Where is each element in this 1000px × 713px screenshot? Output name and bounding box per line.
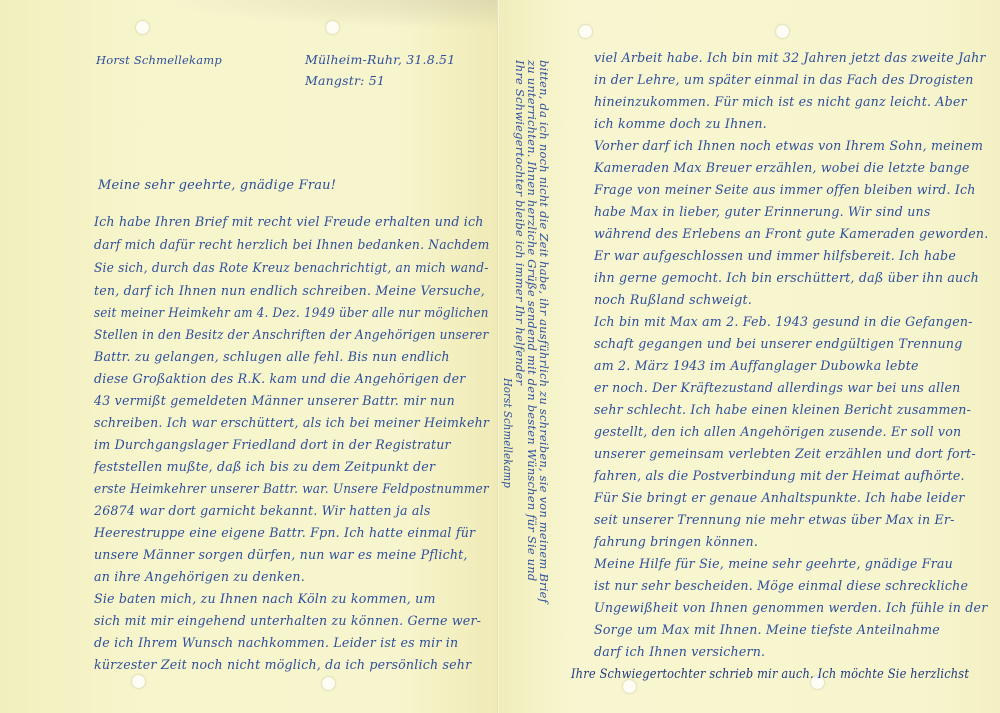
text-line: ihn gerne gemocht. Ich bin erschüttert, … bbox=[594, 271, 979, 285]
text-line: seit meiner Heimkehr am 4. Dez. 1949 übe… bbox=[94, 306, 489, 320]
text-line: an ihre Angehörigen zu denken. bbox=[94, 570, 305, 584]
text-line: schreiben. Ich war erschüttert, als ich … bbox=[94, 416, 489, 430]
margin-text-column: Ihre Schwiegertochter bleibe ich immer I… bbox=[513, 60, 527, 385]
margin-text-column: zu unterrichten. Ihnen herzliche Grüße s… bbox=[525, 60, 539, 581]
text-line: fahren, als die Postverbindung mit der H… bbox=[594, 469, 965, 483]
punch-hole bbox=[322, 677, 335, 690]
text-line: 43 vermißt gemeldeten Männer unserer Bat… bbox=[94, 394, 455, 408]
text-line: Er war aufgeschlossen und immer hilfsber… bbox=[594, 249, 956, 263]
text-line: Sie baten mich, zu Ihnen nach Köln zu ko… bbox=[94, 592, 436, 606]
punch-hole bbox=[579, 25, 592, 38]
text-line: darf mich dafür recht herzlich bei Ihnen… bbox=[94, 238, 489, 252]
text-line: darf ich Ihnen versichern. bbox=[594, 645, 765, 659]
text-line: Ich habe Ihren Brief mit recht viel Freu… bbox=[94, 215, 484, 229]
sender-street: Mangstr: 51 bbox=[305, 73, 385, 88]
text-line: fahrung bringen können. bbox=[594, 535, 758, 549]
text-line: hineinzukommen. Für mich ist es nicht ga… bbox=[594, 95, 967, 109]
text-line: Heerestruppe eine eigene Battr. Fpn. Ich… bbox=[94, 526, 475, 540]
margin-signature: Horst Schmellekamp bbox=[501, 378, 515, 488]
text-line: habe Max in lieber, guter Erinnerung. Wi… bbox=[594, 205, 931, 219]
text-line: schaft gegangen und bei unserer endgülti… bbox=[594, 337, 962, 351]
text-line: ten, darf ich Ihnen nun endlich schreibe… bbox=[94, 284, 485, 298]
text-line: Für Sie bringt er genaue Anhaltspunkte. … bbox=[594, 491, 965, 505]
text-line: ist nur sehr bescheiden. Möge einmal die… bbox=[594, 579, 968, 593]
punch-hole bbox=[326, 21, 339, 34]
text-line: Kameraden Max Breuer erzählen, wobei die… bbox=[594, 161, 970, 175]
text-line: sehr schlecht. Ich habe einen kleinen Be… bbox=[594, 403, 971, 417]
text-line: unserer gemeinsam verlebten Zeit erzähle… bbox=[594, 447, 976, 461]
punch-hole bbox=[132, 675, 145, 688]
text-line: Battr. zu gelangen, schlugen alle fehl. … bbox=[94, 350, 450, 364]
text-line: Meine Hilfe für Sie, meine sehr geehrte,… bbox=[594, 557, 953, 571]
punch-hole bbox=[623, 680, 636, 693]
text-line: unsere Männer sorgen dürfen, nun war es … bbox=[94, 548, 468, 562]
salutation: Meine sehr geehrte, gnädige Frau! bbox=[98, 178, 336, 193]
text-line: Ihre Schwiegertochter schrieb mir auch. … bbox=[571, 667, 969, 681]
text-line: während des Erlebens an Front gute Kamer… bbox=[594, 227, 988, 241]
text-line: noch Rußland schweigt. bbox=[594, 293, 752, 307]
place-date: Mülheim-Ruhr, 31.8.51 bbox=[305, 52, 455, 67]
text-line: feststellen mußte, daß ich bis zu dem Ze… bbox=[94, 460, 435, 474]
text-line: in der Lehre, um später einmal in das Fa… bbox=[594, 73, 974, 87]
text-line: Frage von meiner Seite aus immer offen b… bbox=[594, 183, 976, 197]
text-line: Vorher darf ich Ihnen noch etwas von Ihr… bbox=[594, 139, 983, 153]
text-line: Stellen in den Besitz der Anschriften de… bbox=[94, 328, 488, 342]
text-line: Ich bin mit Max am 2. Feb. 1943 gesund i… bbox=[594, 315, 973, 329]
margin-text-column: bitten, da ich noch nicht die Zeit habe,… bbox=[537, 60, 551, 603]
text-line: viel Arbeit habe. Ich bin mit 32 Jahren … bbox=[594, 51, 986, 65]
text-line: im Durchgangslager Friedland dort in der… bbox=[94, 438, 451, 452]
punch-hole bbox=[136, 21, 149, 34]
letter-page-right: bitten, da ich noch nicht die Zeit habe,… bbox=[499, 0, 1000, 713]
text-line: er noch. Der Kräftezustand allerdings wa… bbox=[594, 381, 960, 395]
punch-hole bbox=[776, 25, 789, 38]
text-line: diese Großaktion des R.K. kam und die An… bbox=[94, 372, 465, 386]
sender-name: Horst Schmellekamp bbox=[96, 53, 222, 67]
text-line: seit unserer Trennung nie mehr etwas übe… bbox=[594, 513, 955, 527]
text-line: erste Heimkehrer unserer Battr. war. Uns… bbox=[94, 482, 489, 496]
text-line: sich mit mir eingehend unterhalten zu kö… bbox=[94, 614, 481, 628]
text-line: kürzester Zeit noch nicht möglich, da ic… bbox=[94, 658, 471, 672]
text-line: Sie sich, durch das Rote Kreuz benachric… bbox=[94, 261, 489, 275]
text-line: ich komme doch zu Ihnen. bbox=[594, 117, 767, 131]
text-line: 26874 war dort garnicht bekannt. Wir hat… bbox=[94, 504, 431, 518]
text-line: am 2. März 1943 im Auffanglager Dubowka … bbox=[594, 359, 919, 373]
text-line: gestellt, den ich allen Angehörigen zuse… bbox=[594, 425, 961, 439]
text-line: Sorge um Max mit Ihnen. Meine tiefste An… bbox=[594, 623, 940, 637]
letter-page-left: Horst Schmellekamp Mülheim-Ruhr, 31.8.51… bbox=[0, 0, 498, 713]
text-line: Ungewißheit von Ihnen genommen werden. I… bbox=[594, 601, 987, 615]
text-line: de ich Ihrem Wunsch nachkommen. Leider i… bbox=[94, 636, 458, 650]
